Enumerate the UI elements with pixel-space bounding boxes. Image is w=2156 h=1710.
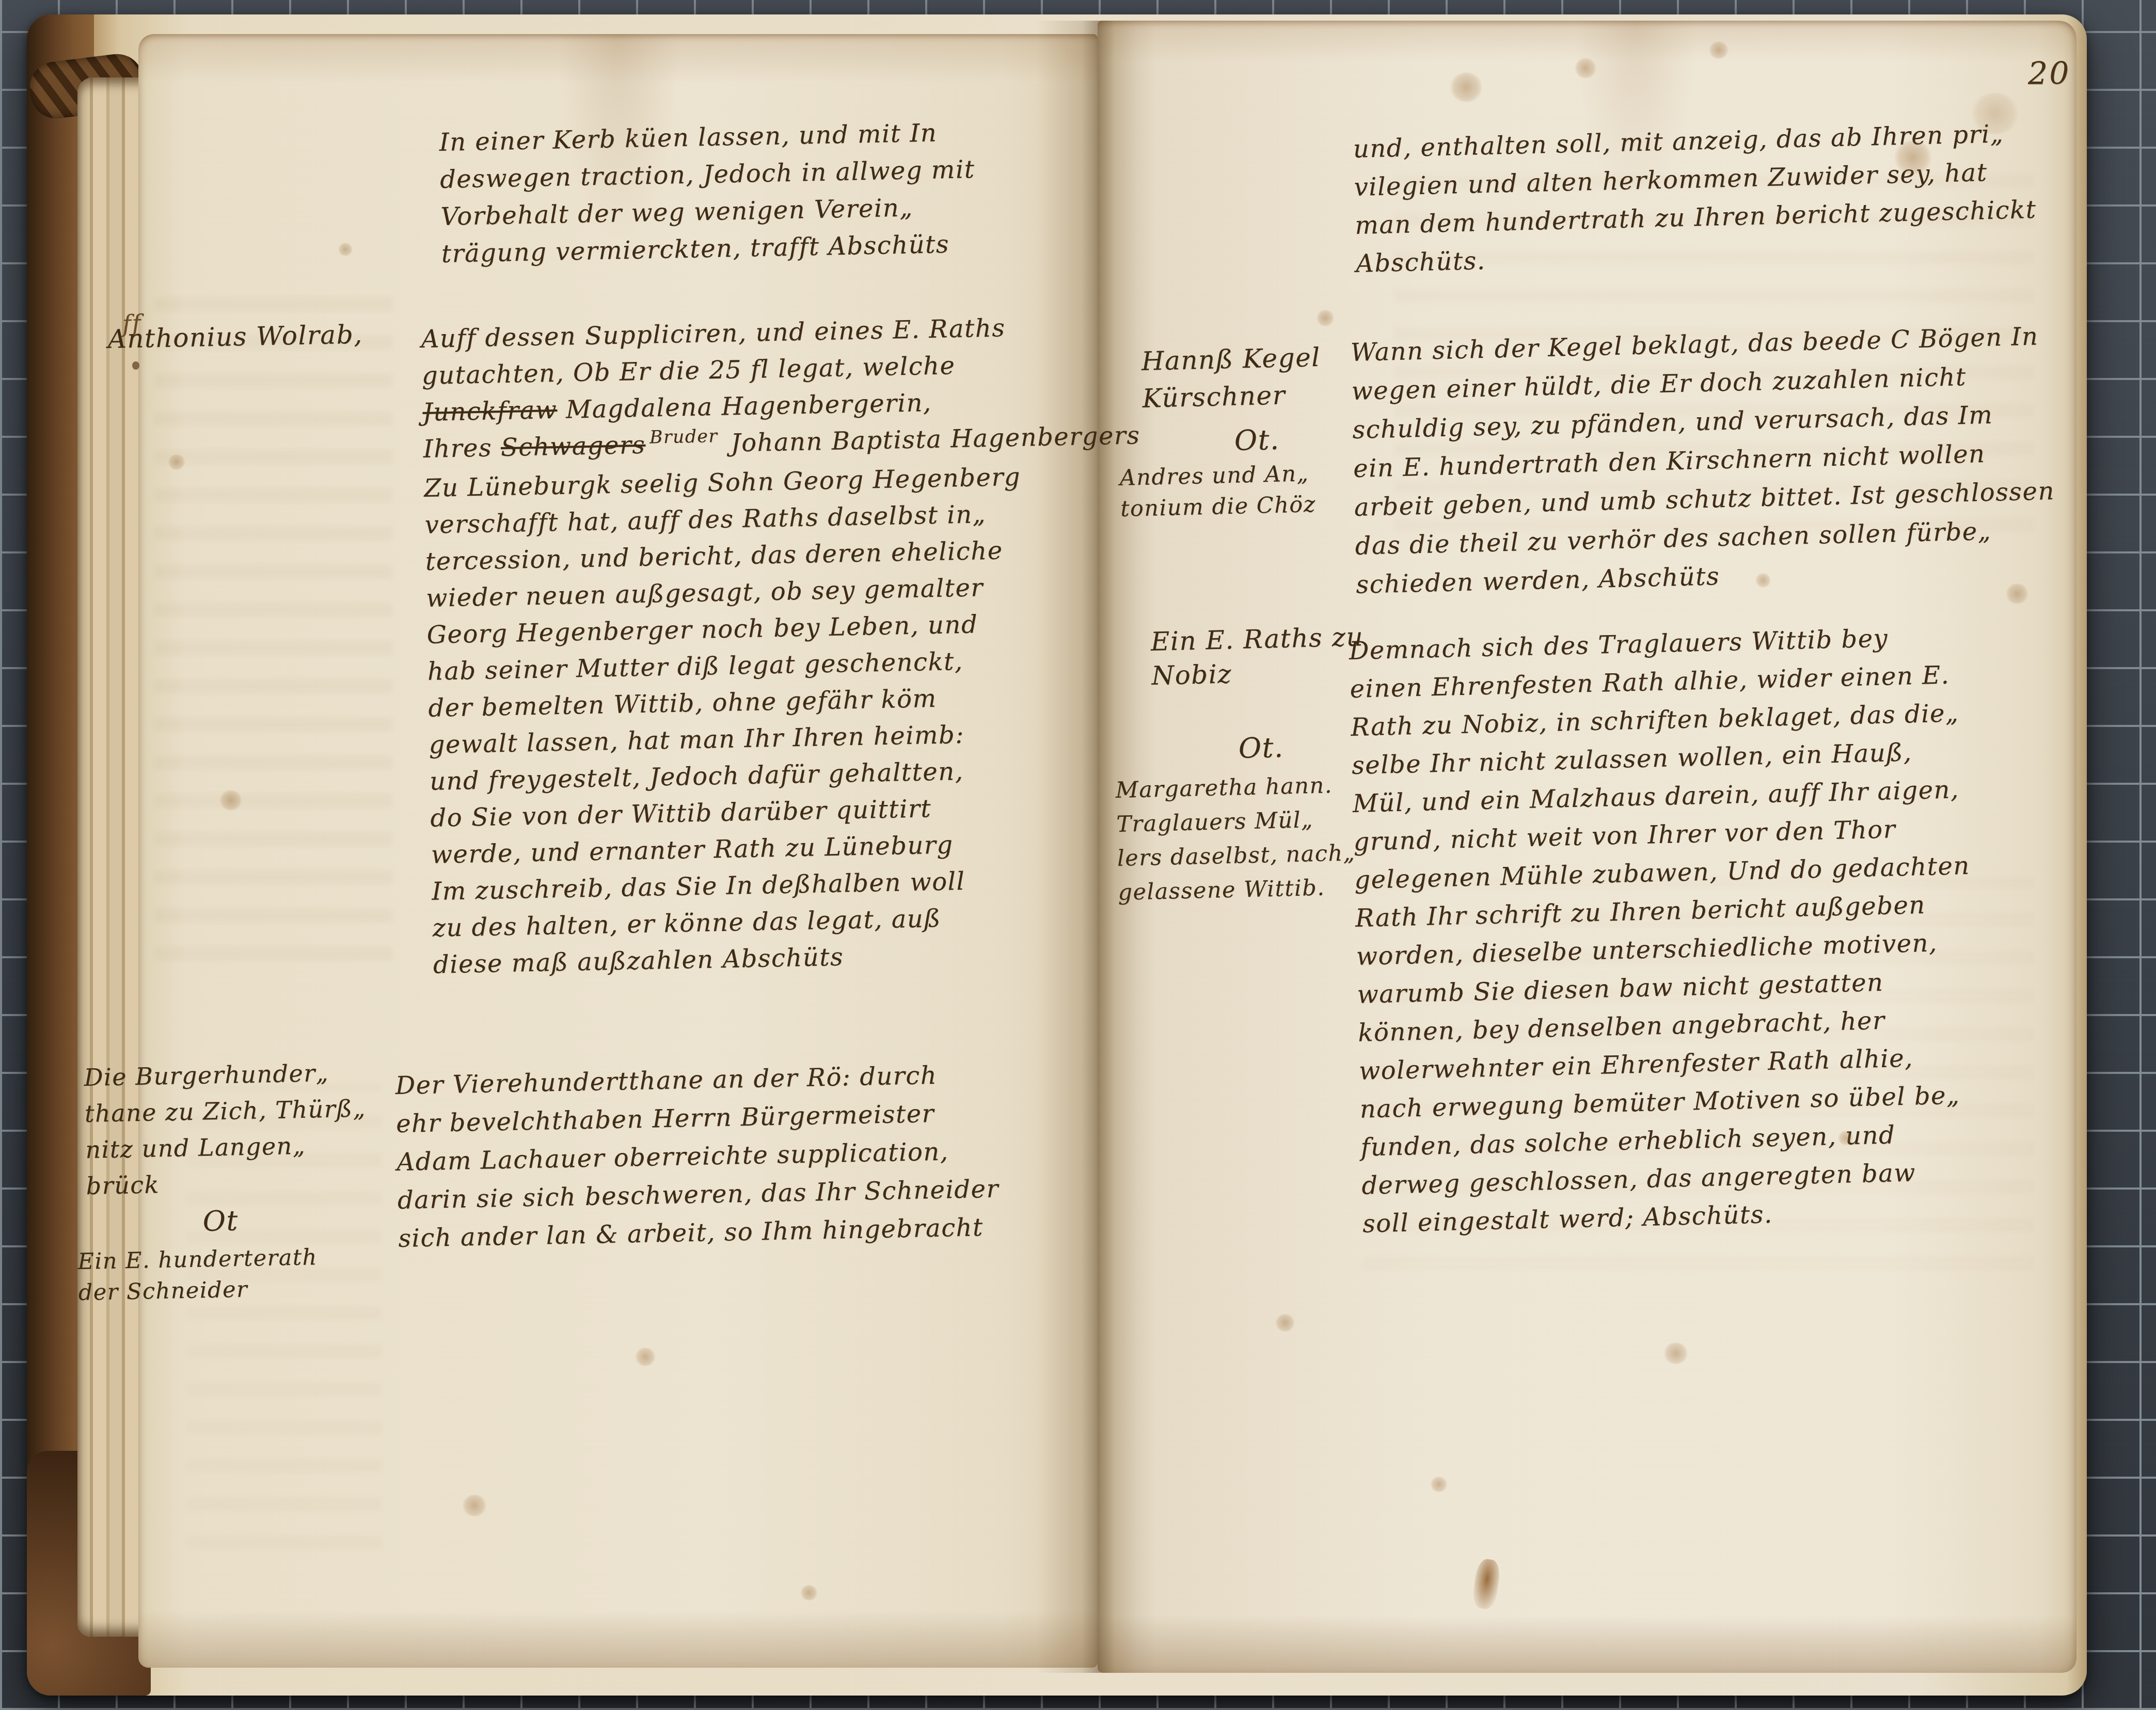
margin-note-ot-mark: Ot. [1234, 421, 1280, 459]
manuscript-line: Ein E. hunderterath [77, 1242, 318, 1277]
right-entry1-body: Wann sich der Kegel beklagt, das beede C… [1350, 317, 2057, 605]
struck-word: Junckfraw [422, 395, 558, 427]
manuscript-line: Die Burgerhunder„ [84, 1054, 366, 1096]
margin-note-ot-mark: Ot [202, 1202, 239, 1240]
photograph-of-open-manuscript-book: { "book": { "description_colors": { "pag… [0, 0, 2156, 1710]
manuscript-line: Ein E. Raths zu [1150, 620, 1364, 659]
left-entry2-body: Der Vierehundertthane an der Rö: durcheh… [395, 1055, 1000, 1258]
manuscript-line: Kürschner [1142, 376, 1322, 417]
manuscript-line: Traglauers Mül„ [1116, 802, 1355, 842]
manuscript-line: gelassene Wittib. [1118, 870, 1357, 910]
margin-note-raths-zu-nobiz: Ein E. Raths zuNobiz [1150, 620, 1365, 693]
manuscript-line: Nobiz [1151, 654, 1365, 693]
margin-note-hundertrath-schneider: Ein E. hunderterathder Schneider [77, 1242, 318, 1308]
manuscript-line: lers daselbst, nach„ [1117, 836, 1356, 876]
left-entry1-body: Auff dessen Suppliciren, und eines E. Ra… [421, 307, 1150, 983]
folio-number: 20 [2028, 56, 2070, 92]
manuscript-line: nitz und Langen„ [85, 1127, 367, 1168]
margin-note-burgerhundert: Die Burgerhunder„thane zu Zich, Thürß„ni… [84, 1054, 368, 1204]
manuscript-line: Andres und An„ [1119, 458, 1315, 494]
manuscript-line: der Schneider [78, 1273, 318, 1308]
left-intro-paragraph: In einer Kerb küen lassen, und mit Indes… [439, 114, 977, 273]
manuscript-line: thane zu Zich, Thürß„ [84, 1090, 366, 1132]
margin-note-andres-antonium: Andres und An„tonium die Chöz [1119, 458, 1317, 525]
fore-edge-ink-speck [132, 361, 139, 370]
margin-note-ot-mark: Ot. [1238, 729, 1284, 767]
struck-word: Schwagers [500, 431, 646, 462]
manuscript-line: Hannß Kegel [1141, 339, 1321, 380]
margin-note-margaretha-wittib: Margaretha hann.Traglauers Mül„lers dase… [1115, 768, 1357, 910]
margin-note-anthonius-wolrab: Anthonius Wolrab, [107, 316, 363, 358]
interlinear-correction: Bruder [649, 418, 718, 456]
right-entry2-body: Demnach sich des Traglauers Wittib beyei… [1349, 617, 1978, 1243]
manuscript-line: tonium die Chöz [1120, 489, 1316, 525]
margin-note-hans-kegel: Hannß KegelKürschner [1141, 339, 1322, 417]
right-intro-paragraph: und, enthalten soll, mit anzeig, das ab … [1353, 114, 2038, 283]
manuscript-line: Margaretha hann. [1115, 768, 1354, 807]
manuscript-line: brück [86, 1163, 368, 1204]
